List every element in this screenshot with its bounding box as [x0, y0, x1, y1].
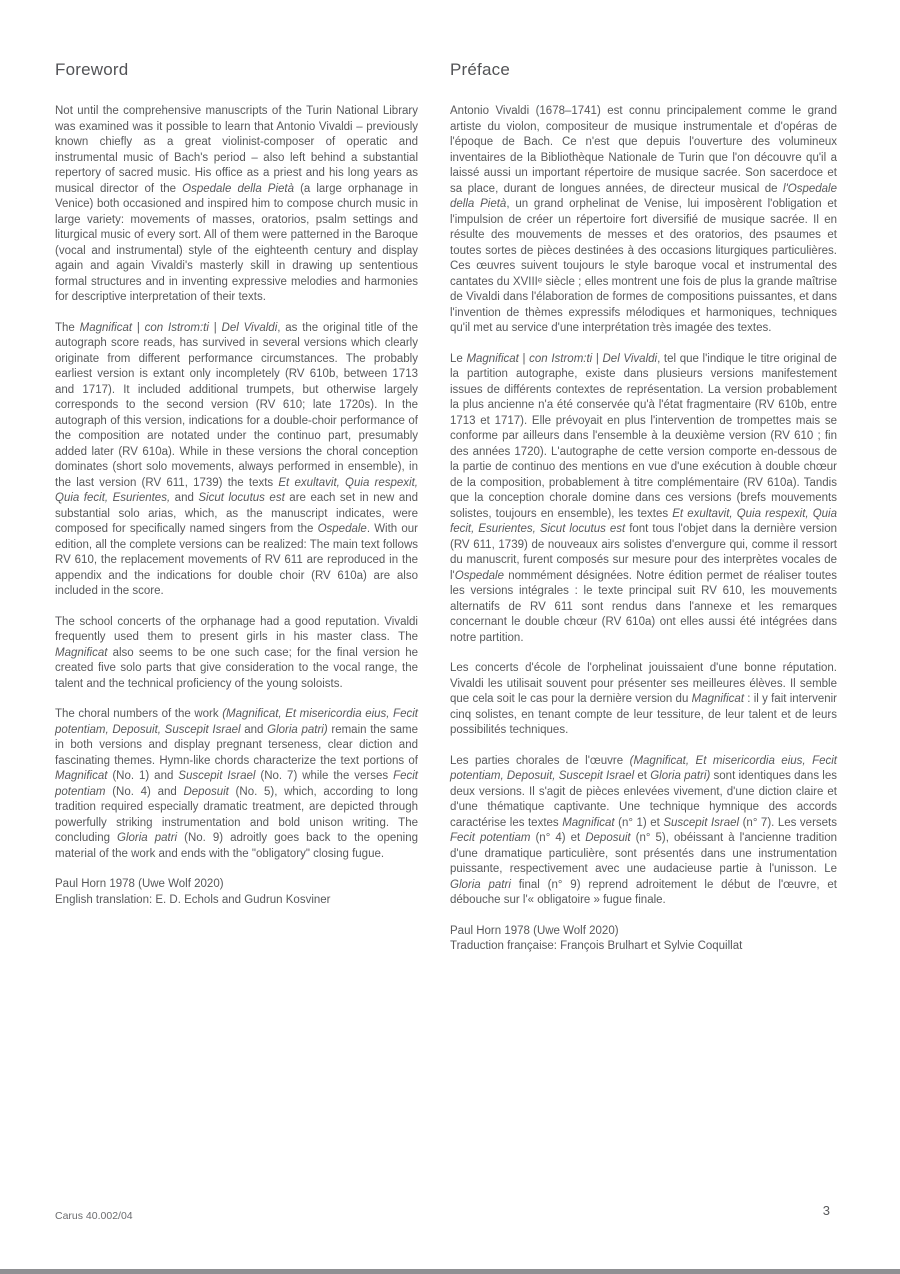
preface-heading: Préface	[450, 60, 837, 80]
foreword-body: Not until the comprehensive manuscripts …	[55, 104, 418, 862]
document-page: Foreword Not until the comprehensive man…	[0, 0, 900, 1274]
preface-credits: Paul Horn 1978 (Uwe Wolf 2020) Traductio…	[450, 924, 837, 955]
preface-body: Antonio Vivaldi (1678–1741) est connu pr…	[450, 104, 837, 909]
foreword-author-credit: Paul Horn 1978 (Uwe Wolf 2020)	[55, 877, 418, 893]
paragraph: The school concerts of the orphanage had…	[55, 615, 418, 693]
preface-column: Préface Antonio Vivaldi (1678–1741) est …	[450, 60, 837, 955]
paragraph: Les parties chorales de l'œuvre (Magnifi…	[450, 754, 837, 909]
publisher-reference: Carus 40.002/04	[55, 1210, 133, 1222]
foreword-heading: Foreword	[55, 60, 418, 80]
foreword-credits: Paul Horn 1978 (Uwe Wolf 2020) English t…	[55, 877, 418, 908]
paragraph: Antonio Vivaldi (1678–1741) est connu pr…	[450, 104, 837, 337]
paragraph: Les concerts d'école de l'orphelinat jou…	[450, 661, 837, 739]
page-bottom-edge	[0, 1269, 900, 1274]
preface-author-credit: Paul Horn 1978 (Uwe Wolf 2020)	[450, 924, 837, 940]
preface-translation-credit: Traduction française: François Brulhart …	[450, 939, 837, 955]
paragraph: The choral numbers of the work (Magnific…	[55, 707, 418, 862]
paragraph: The Magnificat | con Istrom:ti | Del Viv…	[55, 321, 418, 600]
paragraph: Not until the comprehensive manuscripts …	[55, 104, 418, 306]
foreword-translation-credit: English translation: E. D. Echols and Gu…	[55, 893, 418, 909]
page-number: 3	[823, 1203, 830, 1218]
two-column-layout: Foreword Not until the comprehensive man…	[55, 60, 837, 955]
paragraph: Le Magnificat | con Istrom:ti | Del Viva…	[450, 352, 837, 647]
foreword-column: Foreword Not until the comprehensive man…	[55, 60, 418, 955]
